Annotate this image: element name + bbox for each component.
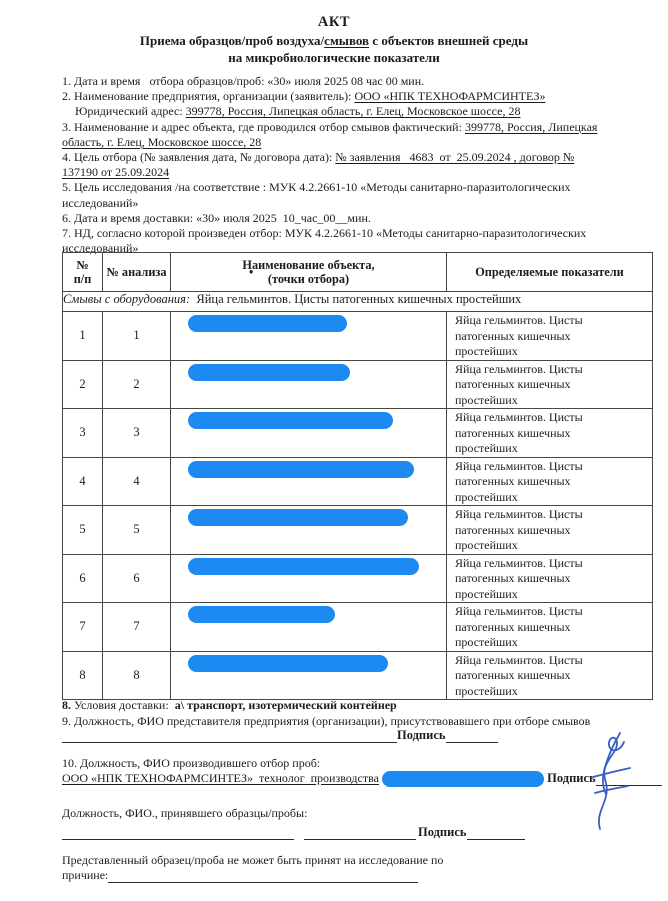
cell-analysis: 4 <box>103 457 171 506</box>
col-header-object: • Наименование объекта,(точки отбора) <box>171 253 447 292</box>
cell-num: 6 <box>63 554 103 603</box>
redaction-bar <box>188 655 388 672</box>
table-row: 4 4 Яйца гельминтов. Цисты патогенных ки… <box>63 457 653 506</box>
signature-blank-line <box>304 826 416 840</box>
signature-label: Подпись <box>397 728 446 743</box>
redaction-bar <box>188 606 335 623</box>
item-3-cont: область, г. Елец, Московское шоссе, 28 <box>62 135 642 150</box>
cell-analysis: 5 <box>103 506 171 555</box>
cell-indicators: Яйца гельминтов. Цисты патогенных кишечн… <box>447 360 653 409</box>
item-6: 6. Дата и время доставки: «30» июля 2025… <box>62 211 642 226</box>
cell-analysis: 6 <box>103 554 171 603</box>
item-2: 2. Наименование предприятия, организации… <box>62 89 642 104</box>
cell-num: 1 <box>63 312 103 361</box>
item-8: 8. Условия доставки: а\ транспорт, изоте… <box>62 698 397 713</box>
cell-analysis: 1 <box>103 312 171 361</box>
cell-indicators: Яйца гельминтов. Цисты патогенных кишечн… <box>447 457 653 506</box>
handwritten-signature <box>567 730 639 832</box>
signature-label: Подпись <box>418 825 467 840</box>
redaction-bar <box>188 509 408 526</box>
cell-num: 4 <box>63 457 103 506</box>
cell-num: 3 <box>63 409 103 458</box>
item-7: 7. НД, согласно которой произведен отбор… <box>62 226 642 241</box>
table-row: 8 8 Яйца гельминтов. Цисты патогенных ки… <box>63 651 653 700</box>
cell-indicators: Яйца гельминтов. Цисты патогенных кишечн… <box>447 409 653 458</box>
samples-table: №п/п № анализа • Наименование объекта,(т… <box>62 252 653 700</box>
rejection-clause: Представленный образец/проба не может бы… <box>62 853 443 868</box>
table-row: 2 2 Яйца гельминтов. Цисты патогенных ки… <box>63 360 653 409</box>
page-title: АКТ <box>0 14 668 31</box>
cell-analysis: 3 <box>103 409 171 458</box>
document-subtitle: Приема образцов/проб воздуха/смывов с об… <box>0 33 668 49</box>
table-row: 1 1 Яйца гельминтов. Цисты патогенных ки… <box>63 312 653 361</box>
cell-indicators: Яйца гельминтов. Цисты патогенных кишечн… <box>447 506 653 555</box>
signature-blank-line <box>446 729 498 743</box>
receiver-signature-line: Подпись <box>62 825 622 840</box>
item-1: 1. Дата и время отбора образцов/проб: «3… <box>62 74 642 89</box>
redaction-bar <box>188 412 393 429</box>
form-items: 1. Дата и время отбора образцов/проб: «3… <box>62 74 642 256</box>
table-row: 7 7 Яйца гельминтов. Цисты патогенных ки… <box>63 603 653 652</box>
cell-num: 8 <box>63 651 103 700</box>
section-title: Смывы с оборудования: <box>63 292 190 306</box>
table-header-row: №п/п № анализа • Наименование объекта,(т… <box>63 253 653 292</box>
rejection-reason-line: причине: <box>62 868 418 883</box>
item-5: 5. Цель исследования /на соответствие : … <box>62 180 642 195</box>
cell-analysis: 2 <box>103 360 171 409</box>
representative-signature-line: Подпись <box>62 728 582 743</box>
document-title-block: АКТ Приема образцов/проб воздуха/смывов … <box>0 14 668 66</box>
signature-blank-line <box>62 729 397 743</box>
item-9: 9. Должность, ФИО представителя предприя… <box>62 714 590 729</box>
col-header-num: №п/п <box>63 253 103 292</box>
item-4: 4. Цель отбора (№ заявления дата, № дого… <box>62 150 642 165</box>
redaction-bar <box>188 461 414 478</box>
item-10: 10. Должность, ФИО производившего отбор … <box>62 756 320 771</box>
document-subtitle-2: на микробиологические показатели <box>0 50 668 66</box>
signature-blank-line <box>62 826 294 840</box>
cell-analysis: 8 <box>103 651 171 700</box>
cell-indicators: Яйца гельминтов. Цисты патогенных кишечн… <box>447 651 653 700</box>
item-4-cont: 137190 от 25.09.2024 <box>62 165 642 180</box>
scan-artifact-dot: • <box>249 265 253 280</box>
cell-indicators: Яйца гельминтов. Цисты патогенных кишечн… <box>447 312 653 361</box>
cell-indicators: Яйца гельминтов. Цисты патогенных кишечн… <box>447 554 653 603</box>
signature-blank-line <box>467 826 525 840</box>
redaction-bar <box>382 771 544 787</box>
cell-num: 5 <box>63 506 103 555</box>
redaction-bar <box>188 315 347 332</box>
sampler-org-position: ООО «НПК ТЕХНОФАРМСИНТЕЗ» технолог произ… <box>62 771 379 786</box>
col-header-indicators: Определяемые показатели <box>447 253 653 292</box>
receiver-label: Должность, ФИО., принявшего образцы/проб… <box>62 806 307 821</box>
item-2-address: Юридический адрес: 399778, Россия, Липец… <box>62 104 642 119</box>
redaction-bar <box>188 364 350 381</box>
col-header-analysis: № анализа <box>103 253 171 292</box>
table-section-row: Смывы с оборудования: Яйца гельминтов. Ц… <box>63 292 653 312</box>
item-5-cont: исследований» <box>62 196 642 211</box>
reason-blank-line <box>108 869 418 883</box>
reason-label: причине: <box>62 868 108 883</box>
table-row: 6 6 Яйца гельминтов. Цисты патогенных ки… <box>63 554 653 603</box>
scanned-act-document: АКТ Приема образцов/проб воздуха/смывов … <box>0 0 668 901</box>
redaction-bar <box>188 558 419 575</box>
item-3: 3. Наименование и адрес объекта, где про… <box>62 120 642 135</box>
table-row: 3 3 Яйца гельминтов. Цисты патогенных ки… <box>63 409 653 458</box>
cell-indicators: Яйца гельминтов. Цисты патогенных кишечн… <box>447 603 653 652</box>
cell-analysis: 7 <box>103 603 171 652</box>
table-row: 5 5 Яйца гельминтов. Цисты патогенных ки… <box>63 506 653 555</box>
cell-num: 7 <box>63 603 103 652</box>
cell-num: 2 <box>63 360 103 409</box>
